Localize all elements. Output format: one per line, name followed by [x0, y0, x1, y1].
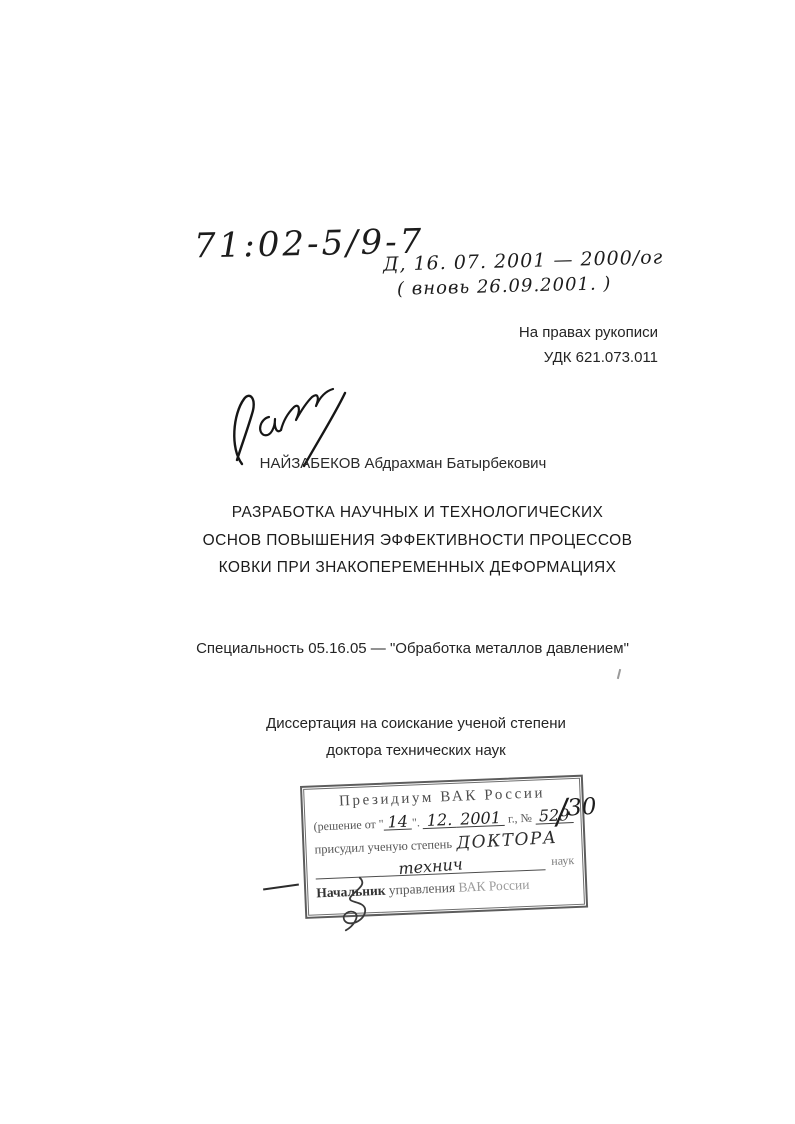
stamp-decision-prefix: (решение от "	[313, 817, 384, 834]
stamp-official-signature	[330, 875, 380, 933]
stamp-handwritten-year: 2001	[456, 811, 505, 828]
stray-pen-tick	[617, 669, 621, 679]
stamp-field-label: наук	[551, 853, 575, 870]
title-line-2: ОСНОВ ПОВЫШЕНИЯ ЭФФЕКТИВНОСТИ ПРОЦЕССОВ	[40, 527, 795, 555]
dissertation-statement: Диссертация на соискание ученой степени …	[38, 710, 794, 764]
handwritten-registry-note-2: ( вновь 26.09.2001. )	[397, 273, 612, 300]
manuscript-header-block: На правах рукописи УДК 621.073.011	[420, 320, 658, 370]
stray-pen-dash	[263, 884, 299, 891]
vak-approval-stamp: Президиум ВАК России (решение от "14". 1…	[300, 775, 588, 919]
stamp-awarded-text: присудил ученую степень	[314, 837, 452, 857]
dissertation-title: РАЗРАБОТКА НАУЧНЫХ И ТЕХНОЛОГИЧЕСКИХ ОСН…	[40, 499, 795, 582]
fraction-value: 30	[566, 794, 597, 822]
author-name: НАЙЗАБЕКОВ Абдрахман Батырбекович	[10, 455, 795, 472]
stamp-official-role2: управления	[389, 880, 456, 898]
dissertation-statement-line-2: доктора технических наук	[38, 737, 794, 764]
stamp-number-label: г., №	[508, 811, 533, 826]
stamp-header: Президиум ВАК России	[312, 784, 571, 811]
manuscript-rights-note: На правах рукописи	[420, 320, 658, 345]
specialty-line: Специальность 05.16.05 — "Обработка мета…	[30, 640, 795, 657]
dissertation-statement-line-1: Диссертация на соискание ученой степени	[38, 710, 794, 737]
stamp-official-org: ВАК России	[458, 877, 530, 895]
title-line-3: КОВКИ ПРИ ЗНАКОПЕРЕМЕННЫХ ДЕФОРМАЦИЯХ	[40, 554, 795, 582]
udc-code: УДК 621.073.011	[420, 345, 658, 370]
stamp-handwritten-field: технич	[397, 854, 463, 878]
handwritten-number-fraction: /30	[555, 790, 598, 833]
stamp-handwritten-degree: ДОКТОРА	[455, 828, 557, 854]
handwritten-registry-note-1: Д, 16. 07. 2001 — 2000/ог	[383, 246, 664, 275]
stamp-handwritten-day: 14	[383, 815, 412, 831]
scanned-dissertation-title-page: 71:02-5/9-7 Д, 16. 07. 2001 — 2000/ог ( …	[0, 0, 795, 1124]
stamp-handwritten-month: 12.	[423, 813, 457, 829]
stamp-inner-border: Президиум ВАК России (решение от "14". 1…	[303, 778, 585, 916]
stamp-after-day: ".	[412, 815, 420, 829]
title-line-1: РАЗРАБОТКА НАУЧНЫХ И ТЕХНОЛОГИЧЕСКИХ	[40, 499, 795, 527]
